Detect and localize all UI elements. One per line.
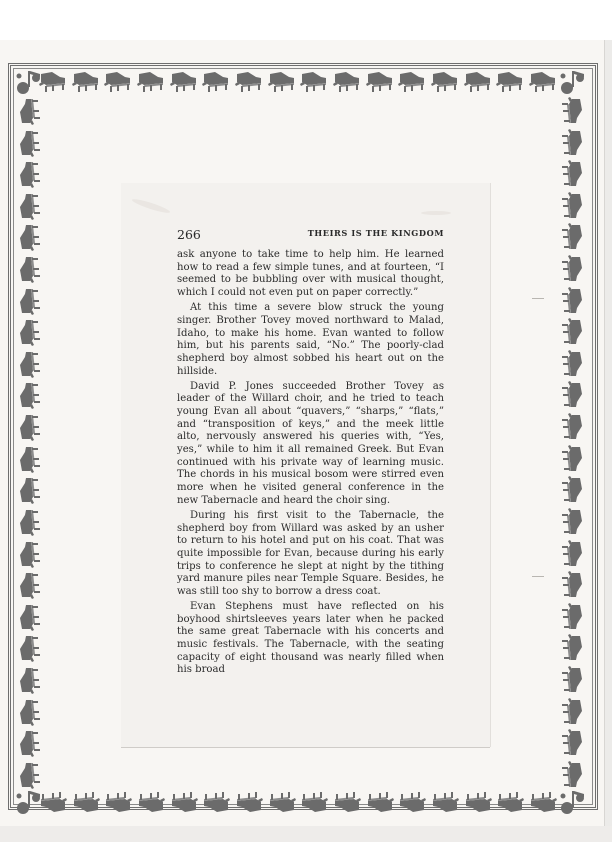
grand-piano-icon xyxy=(16,475,42,505)
music-notes-icon xyxy=(558,68,588,98)
paper-crease xyxy=(421,211,451,215)
body-text: ask anyone to take time to help him. He … xyxy=(177,249,444,680)
grand-piano-icon xyxy=(365,68,395,94)
grand-piano-icon xyxy=(71,68,101,94)
grand-piano-icon xyxy=(38,68,68,94)
grand-piano-icon xyxy=(463,68,493,94)
grand-piano-icon xyxy=(16,254,42,284)
running-head: 266 THEIRS IS THE KINGDOM xyxy=(177,227,444,241)
grand-piano-icon xyxy=(560,254,586,284)
border-left-strip xyxy=(14,98,44,788)
grand-piano-icon xyxy=(16,665,42,695)
grand-piano-icon xyxy=(560,191,586,221)
border-top-strip xyxy=(38,68,558,96)
grand-piano-icon xyxy=(201,790,231,816)
paragraph: At this time a severe blow struck the yo… xyxy=(177,302,444,378)
grand-piano-icon xyxy=(169,790,199,816)
grand-piano-icon xyxy=(365,790,395,816)
grand-piano-icon xyxy=(16,570,42,600)
grand-piano-icon xyxy=(430,68,460,94)
grand-piano-icon xyxy=(169,68,199,94)
scan-margin-bottom xyxy=(0,826,612,842)
grand-piano-icon xyxy=(560,380,586,410)
grand-piano-icon xyxy=(16,222,42,252)
grand-piano-icon xyxy=(560,444,586,474)
grand-piano-icon xyxy=(38,790,68,816)
grand-piano-icon xyxy=(16,317,42,347)
grand-piano-icon xyxy=(16,760,42,790)
grand-piano-icon xyxy=(560,128,586,158)
grand-piano-icon xyxy=(16,507,42,537)
grand-piano-icon xyxy=(16,159,42,189)
grand-piano-icon xyxy=(16,128,42,158)
grand-piano-icon xyxy=(267,790,297,816)
grand-piano-icon xyxy=(495,790,525,816)
grand-piano-icon xyxy=(16,96,42,126)
grand-piano-icon xyxy=(560,665,586,695)
grand-piano-icon xyxy=(560,475,586,505)
grand-piano-icon xyxy=(201,68,231,94)
grand-piano-icon xyxy=(560,570,586,600)
grand-piano-icon xyxy=(560,760,586,790)
grand-piano-icon xyxy=(397,68,427,94)
grand-piano-icon xyxy=(332,68,362,94)
grand-piano-icon xyxy=(528,68,558,94)
grand-piano-icon xyxy=(397,790,427,816)
grand-piano-icon xyxy=(103,68,133,94)
grand-piano-icon xyxy=(560,507,586,537)
grand-piano-icon xyxy=(267,68,297,94)
grand-piano-icon xyxy=(299,68,329,94)
grand-piano-icon xyxy=(16,380,42,410)
grand-piano-icon xyxy=(560,286,586,316)
grand-piano-icon xyxy=(299,790,329,816)
grand-piano-icon xyxy=(136,790,166,816)
grand-piano-icon xyxy=(16,191,42,221)
grand-piano-icon xyxy=(560,412,586,442)
grand-piano-icon xyxy=(560,222,586,252)
grand-piano-icon xyxy=(528,790,558,816)
grand-piano-icon xyxy=(234,68,264,94)
grand-piano-icon xyxy=(234,790,264,816)
grand-piano-icon xyxy=(16,633,42,663)
grand-piano-icon xyxy=(332,790,362,816)
grand-piano-icon xyxy=(560,96,586,126)
pencil-mark xyxy=(532,576,544,577)
grand-piano-icon xyxy=(16,728,42,758)
grand-piano-icon xyxy=(71,790,101,816)
grand-piano-icon xyxy=(560,728,586,758)
grand-piano-icon xyxy=(16,602,42,632)
border-bottom-strip xyxy=(38,790,558,818)
grand-piano-icon xyxy=(16,349,42,379)
grand-piano-icon xyxy=(495,68,525,94)
paragraph: David P. Jones succeeded Brother Tovey a… xyxy=(177,381,444,508)
border-right-strip xyxy=(558,98,588,788)
scan-margin-top xyxy=(0,0,612,40)
running-title: THEIRS IS THE KINGDOM xyxy=(308,228,444,238)
paragraph: ask anyone to take time to help him. He … xyxy=(177,249,444,300)
grand-piano-icon xyxy=(430,790,460,816)
pasted-book-page: 266 THEIRS IS THE KINGDOM ask anyone to … xyxy=(121,183,490,747)
grand-piano-icon xyxy=(560,697,586,727)
grand-piano-icon xyxy=(463,790,493,816)
scan-margin-right xyxy=(604,40,612,826)
paragraph: Evan Stephens must have reflected on his… xyxy=(177,601,444,677)
grand-piano-icon xyxy=(560,539,586,569)
grand-piano-icon xyxy=(136,68,166,94)
grand-piano-icon xyxy=(560,349,586,379)
pencil-mark xyxy=(532,298,544,299)
grand-piano-icon xyxy=(560,317,586,347)
grand-piano-icon xyxy=(560,159,586,189)
grand-piano-icon xyxy=(560,633,586,663)
paper-crease xyxy=(131,197,171,215)
grand-piano-icon xyxy=(560,602,586,632)
grand-piano-icon xyxy=(16,412,42,442)
page-number: 266 xyxy=(177,227,201,242)
grand-piano-icon xyxy=(16,444,42,474)
music-notes-icon xyxy=(558,788,588,818)
grand-piano-icon xyxy=(16,286,42,316)
grand-piano-icon xyxy=(16,539,42,569)
grand-piano-icon xyxy=(16,697,42,727)
grand-piano-icon xyxy=(103,790,133,816)
paragraph: During his first visit to the Tabernacle… xyxy=(177,510,444,599)
